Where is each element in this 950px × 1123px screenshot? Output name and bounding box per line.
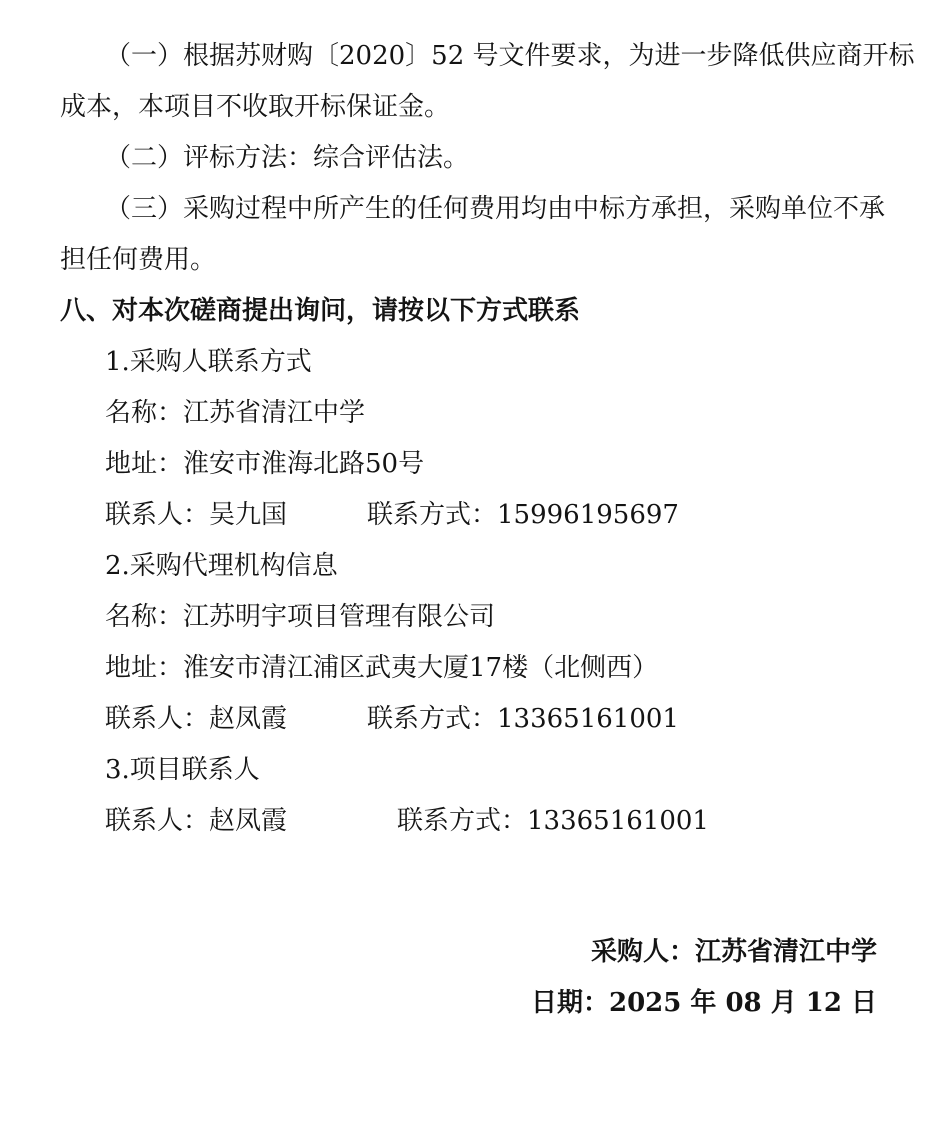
signature-date-line: 日期：2025 年 08 月 12 日 <box>60 978 877 1029</box>
purchaser-contact-method: 联系方式：15996195697 <box>367 500 679 530</box>
project-contact-person: 联系人：赵凤霞 <box>105 806 287 836</box>
purchaser-contact-person: 联系人：吴九国 <box>105 500 287 530</box>
agency-contact-person: 联系人：赵凤霞 <box>105 704 287 734</box>
document-page: （一）根据苏财购〔2020〕52 号文件要求，为进一步降低供应商开标 成本，本项… <box>0 0 950 1123</box>
purchaser-address: 地址：淮安市淮海北路50号 <box>60 439 890 490</box>
spacer <box>287 828 397 829</box>
purchaser-name: 名称：江苏省清江中学 <box>60 388 890 439</box>
agency-contact-method: 联系方式：13365161001 <box>367 704 679 734</box>
term-paragraph-3-line-1: （三）采购过程中所产生的任何费用均由中标方承担，采购单位不承 <box>60 184 890 235</box>
agency-contact-line: 联系人：赵凤霞联系方式：13365161001 <box>60 694 890 745</box>
agency-address: 地址：淮安市清江浦区武夷大厦17楼（北侧西） <box>60 643 890 694</box>
project-contact-line: 联系人：赵凤霞联系方式：13365161001 <box>60 796 890 847</box>
agency-info-title: 2.采购代理机构信息 <box>60 541 890 592</box>
purchaser-contact-line: 联系人：吴九国联系方式：15996195697 <box>60 490 890 541</box>
document-content: （一）根据苏财购〔2020〕52 号文件要求，为进一步降低供应商开标 成本，本项… <box>0 0 950 1029</box>
project-contact-title: 3.项目联系人 <box>60 745 890 796</box>
project-contact-method: 联系方式：13365161001 <box>397 806 709 836</box>
term-paragraph-2: （二）评标方法：综合评估法。 <box>60 133 890 184</box>
purchaser-contact-title: 1.采购人联系方式 <box>60 337 890 388</box>
agency-name: 名称：江苏明宇项目管理有限公司 <box>60 592 890 643</box>
signature-block: 采购人：江苏省清江中学 日期：2025 年 08 月 12 日 <box>60 927 890 1029</box>
term-paragraph-1-line-1: （一）根据苏财购〔2020〕52 号文件要求，为进一步降低供应商开标 <box>60 31 890 82</box>
term-paragraph-1-line-2: 成本，本项目不收取开标保证金。 <box>60 82 890 133</box>
section-heading-contact: 八、对本次磋商提出询问，请按以下方式联系 <box>60 286 890 337</box>
spacer <box>287 726 367 727</box>
term-paragraph-3-line-2: 担任何费用。 <box>60 235 890 286</box>
spacer <box>287 522 367 523</box>
signature-purchaser-line: 采购人：江苏省清江中学 <box>60 927 877 978</box>
